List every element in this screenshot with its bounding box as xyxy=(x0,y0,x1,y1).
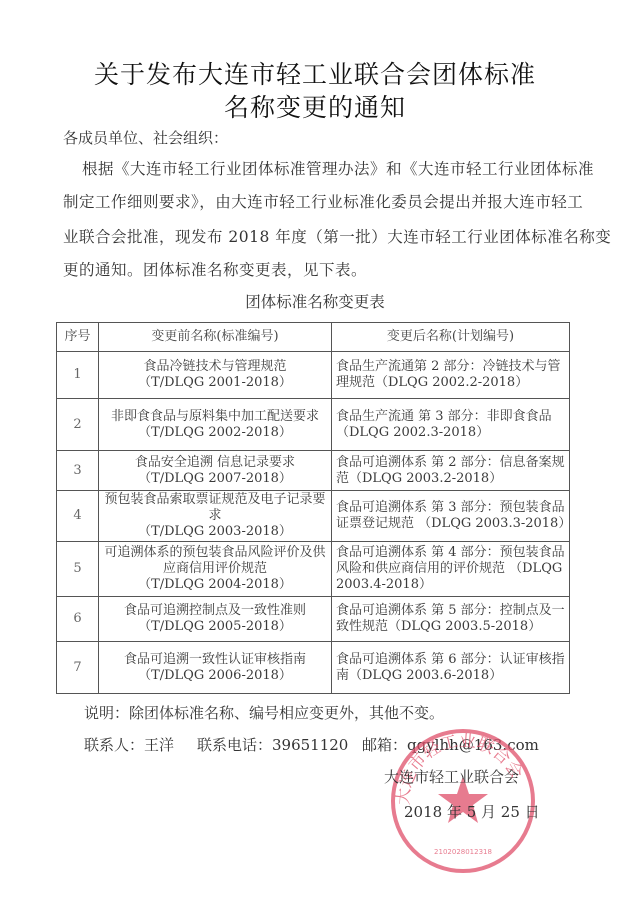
old-code-text: （T/DLQG 2005-2018） xyxy=(103,619,327,635)
row-no: 6 xyxy=(57,597,99,642)
body-line-2: 制定工作细则要求》，由大连市轻工行业标准化委员会提出并报大连市轻工 xyxy=(63,190,583,212)
table-row: 7 食品可追溯一致性认证审核指南（T/DLQG 2006-2018） 食品可追溯… xyxy=(57,642,570,694)
salutation: 各成员单位、社会组织： xyxy=(63,127,228,148)
row-new-name: 食品可追溯体系 第 6 部分：认证审核指南（DLQG 2003.6-2018） xyxy=(332,642,570,694)
old-code-text: （T/DLQG 2002-2018） xyxy=(103,425,327,441)
row-old-name: 可追溯体系的预包装食品风险评价及供应商信用评价规范（T/DLQG 2004-20… xyxy=(99,542,332,597)
contact-person: 联系人：王洋 xyxy=(84,734,174,755)
row-new-name: 食品生产流通 第 3 部分：非即食食品 （DLQG 2002.3-2018） xyxy=(332,399,570,451)
row-new-name: 食品可追溯体系 第 3 部分：预包装食品证票登记规范 （DLQG 2003.3-… xyxy=(332,491,570,542)
old-name-text: 预包装食品索取票证规范及电子记录要求 xyxy=(103,492,327,524)
header-old-name: 变更前名称(标准编号) xyxy=(99,323,332,352)
old-name-text: 食品安全追溯 信息记录要求 xyxy=(103,455,327,471)
row-old-name: 食品可追溯控制点及一致性准则（T/DLQG 2005-2018） xyxy=(99,597,332,642)
row-old-name: 非即食食品与原料集中加工配送要求（T/DLQG 2002-2018） xyxy=(99,399,332,451)
row-old-name: 食品安全追溯 信息记录要求（T/DLQG 2007-2018） xyxy=(99,451,332,491)
old-name-text: 可追溯体系的预包装食品风险评价及供应商信用评价规范 xyxy=(103,545,327,577)
old-code-text: （T/DLQG 2001-2018） xyxy=(103,375,327,391)
row-new-name: 食品可追溯体系 第 2 部分：信息备案规范（DLQG 2003.2-2018） xyxy=(332,451,570,491)
signature-date: 2018 年 5 月 25 日 xyxy=(404,801,540,822)
row-no: 1 xyxy=(57,352,99,399)
old-name-text: 食品冷链技术与管理规范 xyxy=(103,359,327,375)
name-change-table: 序号 变更前名称(标准编号) 变更后名称(计划编号) 1 食品冷链技术与管理规范… xyxy=(56,322,570,694)
old-name-text: 食品可追溯一致性认证审核指南 xyxy=(103,652,327,668)
body-line-1: 根据《大连市轻工行业团体标准管理办法》和《大连市轻工行业团体标准 xyxy=(82,157,594,179)
row-no: 4 xyxy=(57,491,99,542)
row-no: 7 xyxy=(57,642,99,694)
table-header-row: 序号 变更前名称(标准编号) 变更后名称(计划编号) xyxy=(57,323,570,352)
table-row: 2 非即食食品与原料集中加工配送要求（T/DLQG 2002-2018） 食品生… xyxy=(57,399,570,451)
row-no: 5 xyxy=(57,542,99,597)
table-row: 4 预包装食品索取票证规范及电子记录要求（T/DLQG 2003-2018） 食… xyxy=(57,491,570,542)
header-new-name: 变更后名称(计划编号) xyxy=(332,323,570,352)
old-name-text: 食品可追溯控制点及一致性准则 xyxy=(103,603,327,619)
explanation-note: 说明：除团体标准名称、编号相应变更外，其他不变。 xyxy=(84,702,444,723)
header-no: 序号 xyxy=(57,323,99,352)
row-new-name: 食品生产流通第 2 部分：冷链技术与管理规范（DLQG 2002.2-2018） xyxy=(332,352,570,399)
old-code-text: （T/DLQG 2004-2018） xyxy=(103,577,327,593)
old-code-text: （T/DLQG 2006-2018） xyxy=(103,668,327,684)
svg-text:2102028012318: 2102028012318 xyxy=(434,848,492,856)
body-line-3: 业联合会批准，现发布 2018 年度（第一批）大连市轻工行业团体标准名称变 xyxy=(63,225,611,247)
notice-title-line1: 关于发布大连市轻工业联合会团体标准 xyxy=(0,55,630,91)
row-no: 3 xyxy=(57,451,99,491)
contact-phone: 联系电话：39651120 xyxy=(197,734,348,755)
row-old-name: 食品可追溯一致性认证审核指南（T/DLQG 2006-2018） xyxy=(99,642,332,694)
signature-organization: 大连市轻工业联合会 xyxy=(384,766,519,787)
table-row: 3 食品安全追溯 信息记录要求（T/DLQG 2007-2018） 食品可追溯体… xyxy=(57,451,570,491)
table-caption: 团体标准名称变更表 xyxy=(0,290,630,312)
row-no: 2 xyxy=(57,399,99,451)
notice-title-line2: 名称变更的通知 xyxy=(0,88,630,124)
row-new-name: 食品可追溯体系 第 5 部分：控制点及一致性规范（DLQG 2003.5-201… xyxy=(332,597,570,642)
old-name-text: 非即食食品与原料集中加工配送要求 xyxy=(103,409,327,425)
old-code-text: （T/DLQG 2007-2018） xyxy=(103,471,327,487)
row-old-name: 食品冷链技术与管理规范（T/DLQG 2001-2018） xyxy=(99,352,332,399)
row-new-name: 食品可追溯体系 第 4 部分：预包装食品风险和供应商信用的评价规范 （DLQG … xyxy=(332,542,570,597)
row-old-name: 预包装食品索取票证规范及电子记录要求（T/DLQG 2003-2018） xyxy=(99,491,332,542)
table-row: 1 食品冷链技术与管理规范（T/DLQG 2001-2018） 食品生产流通第 … xyxy=(57,352,570,399)
old-code-text: （T/DLQG 2003-2018） xyxy=(103,524,327,540)
table-row: 5 可追溯体系的预包装食品风险评价及供应商信用评价规范（T/DLQG 2004-… xyxy=(57,542,570,597)
body-line-4: 更的通知。团体标准名称变更表，见下表。 xyxy=(63,258,367,280)
table-row: 6 食品可追溯控制点及一致性准则（T/DLQG 2005-2018） 食品可追溯… xyxy=(57,597,570,642)
